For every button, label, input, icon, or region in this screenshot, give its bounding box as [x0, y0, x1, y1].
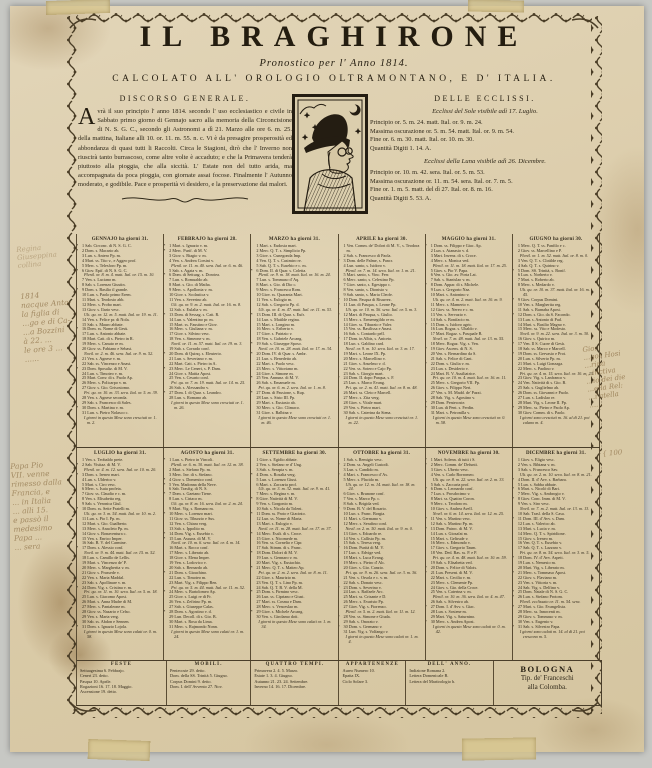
month-header: GIUGNO ha giorni 30. — [516, 237, 596, 242]
drop-cap: A — [78, 107, 97, 127]
imprint-line: Tip. de' Franceschi — [497, 674, 598, 683]
month-column: MAGGIO ha giorni 31.1 Dom. ss. Filippo e… — [426, 234, 513, 447]
imprint: BOLOGNATip. de' Franceschialla Colomba. — [494, 661, 601, 705]
eclipse-line: Principio or. 5. m. 24. matt. Ital. or. … — [370, 119, 600, 128]
footer-section: DELL' ANNO.Indizione Romana 2.Lettera Do… — [406, 661, 493, 705]
calendar-line: I giorni in questo Mese sono cresciuti o… — [80, 416, 160, 426]
footer-section-title: APPARTENENZE — [342, 662, 402, 667]
month-column: SETTEMBRE ha giorni 30.1 Giov. s. Egidio… — [251, 448, 338, 661]
eclipse-line: Principio or. 10. m. 42. sera. Ital. or.… — [370, 169, 600, 178]
footer-section: APPARTENENZEAureo Numero 10.Epatta IX.Ci… — [339, 661, 406, 705]
calendar-line: I giorni in questo Mese sono calati or. … — [80, 630, 160, 640]
tape-patch — [468, 0, 524, 12]
month-header: FEBBRAJO ha giorni 28. — [167, 237, 247, 242]
imprint-line: alla Colomba. — [497, 683, 598, 692]
delle-ecclissi-column: DELLE ECCLISSI. Ecclissi del Sole visibi… — [370, 94, 600, 203]
footer-line: Lettera del Martirologio b. — [409, 679, 489, 684]
month-column: GENNAJO ha giorni 31.1 Sab. Circonc. di … — [76, 234, 164, 447]
calendar-line: I giorni sono cresciuti m. 16. al dì 21.… — [516, 416, 596, 426]
calendar-line: I giorni in questo Mese sono calati or. … — [342, 635, 422, 645]
calendar-line: I giorni in questo Mese sono calati or. … — [429, 625, 509, 635]
lunar-eclipse-title: Ecclissi della Luna visibile adì 26. Dic… — [370, 158, 600, 165]
calendar-line: I giorni in questo Mese sono cresciuti o… — [342, 416, 422, 426]
handwriting-note: Papa PioVII. vennerimesso dallaFrancia, … — [10, 459, 65, 552]
month-column: APRILE ha giorni 30.1 Ven. Comm. de' Dol… — [339, 234, 426, 447]
masthead-motto: CALCOLATO ALL' OROLOGIO OLTRAMONTANO, E … — [66, 74, 602, 84]
calendar-line: I giorni sono calati m. 14. al dì 21. po… — [516, 630, 596, 640]
footer-line: Inverno 14. 16. 17. Dicembre. — [254, 684, 335, 689]
footer-line: Ciclo Solare 3. — [342, 679, 402, 684]
month-row: LUGLIO ha giorni 31.1 Ven. s. Teobaldo p… — [76, 447, 600, 661]
month-header: MARZO ha giorni 31. — [254, 237, 334, 242]
month-row: GENNAJO ha giorni 31.1 Sab. Circonc. di … — [76, 234, 600, 447]
footer-section-title: MOBILI. — [170, 662, 247, 667]
tape-patch — [46, 0, 110, 15]
month-column: DICEMBRE ha giorni 31.1 Giov. s. Eligio … — [513, 448, 600, 661]
footer-section: MOBILI.Pentecoste 29. detto.Dom. della S… — [167, 661, 251, 705]
discorso-heading: DISCORSO GENERALE. — [78, 94, 292, 103]
month-header: GENNAJO ha giorni 31. — [80, 237, 160, 242]
bust — [304, 170, 356, 212]
footer-section: QUATTRO TEMPI.Primavera 2. 4. 5. Marzo.E… — [251, 661, 339, 705]
month-header: APRILE ha giorni 30. — [342, 237, 422, 242]
imprint-city: BOLOGNA — [497, 664, 598, 674]
month-header: MAGGIO ha giorni 31. — [429, 237, 509, 242]
solar-eclipse-title: Ecclissi del Sole visibile adì 17. Lugli… — [370, 108, 600, 115]
tape-patch — [88, 739, 151, 761]
masthead-subtitle: Pronostico per l' Anno 1814. — [66, 58, 602, 69]
footer-line: Ascensione 19. detto. — [80, 689, 163, 694]
ecclissi-heading: DELLE ECCLISSI. — [370, 94, 600, 103]
eclipse-line: Fine or. 6. m. 30. matt. Ital. or. 10. m… — [370, 136, 600, 145]
flourish-divider — [120, 194, 250, 204]
month-column: MARZO ha giorni 31.1 Mart. s. Eudosia ma… — [251, 234, 338, 447]
month-column: LUGLIO ha giorni 31.1 Ven. s. Teobaldo p… — [76, 448, 164, 661]
month-header: SETTEMBRE ha giorni 30. — [254, 451, 334, 456]
eclipse-line: Massima oscurazione or. 11. m. 54. sera.… — [370, 178, 600, 187]
month-column: OTTOBRE ha giorni 31.1 Sab. s. Remigio v… — [339, 448, 426, 661]
footer-strip: FESTESettuagesima 6. Febbrajo.Ceneri 23.… — [76, 660, 602, 706]
eclipse-line: Fine or. 1. m. 5. matt. del dì 27. Ital.… — [370, 186, 600, 195]
lunar-eclipse-details: Principio or. 10. m. 42. sera. Ital. or.… — [370, 169, 600, 203]
footer-section-title: QUATTRO TEMPI. — [254, 662, 335, 667]
almanac-sheet: IL BRAGHIRONE Pronostico per l' Anno 181… — [10, 6, 644, 752]
calendar-line: I giorni in questo Mese sono calati or. … — [167, 630, 247, 640]
eclipse-line: Quantità Digiti 1. 14. A. — [370, 145, 600, 154]
page-title: IL BRAGHIRONE — [66, 20, 602, 54]
handwriting-note: ReginaGiuseppinacollina — [16, 243, 58, 270]
calendar-line: I giorni in questo Mese sono cresciuti o… — [429, 416, 509, 426]
calendar-line: I giorni in questo Mese sono cresciuti o… — [167, 401, 247, 411]
astrologer-woodcut — [292, 94, 368, 214]
footer-line: Dom. I. dell' Avvento 27. Nov. — [170, 684, 247, 689]
month-header: LUGLIO ha giorni 31. — [80, 451, 160, 456]
month-column: FEBBRAJO ha giorni 28.1 Mart. s. Ignazio… — [164, 234, 251, 447]
tape-patch — [462, 737, 536, 760]
month-header: NOVEMBRE ha giorni 30. — [429, 451, 509, 456]
footer-section-title: FESTE — [80, 662, 163, 667]
photo-background: IL BRAGHIRONE Pronostico per l' Anno 181… — [0, 0, 652, 768]
discorso-generale-column: DISCORSO GENERALE. Avrà il suo principio… — [78, 94, 292, 204]
handwriting-note: 1814nacque Anto-la figlia di...go e di C… — [20, 288, 75, 363]
month-header: DICEMBRE ha giorni 31. — [516, 451, 596, 456]
footer-section: FESTESettuagesima 6. Febbrajo.Ceneri 23.… — [77, 661, 167, 705]
calendar-line: I giorni in questo Mese sono calati or. … — [254, 620, 334, 630]
month-column: GIUGNO ha giorni 30.1 Merc. Q. T. ss. Pa… — [513, 234, 600, 447]
month-column: AGOSTO ha giorni 31.1 Lun. s. Pietro in … — [164, 448, 251, 661]
month-header: AGOSTO ha giorni 31. — [167, 451, 247, 456]
month-header: OTTOBRE ha giorni 31. — [342, 451, 422, 456]
month-column: NOVEMBRE ha giorni 30.1 Mart. Solenn. di… — [426, 448, 513, 661]
handwriting-note: Gio:...gos Hosi...rina...inctiva...io de… — [582, 341, 629, 409]
solar-eclipse-details: Principio or. 5. m. 24. matt. Ital. or. … — [370, 119, 600, 153]
footer-section-title: DELL' ANNO. — [409, 662, 489, 667]
calendar-line: I giorni in questo Mese sono cresciuti o… — [254, 416, 334, 426]
eclipse-line: Massima oscurazione or. 5. m. 54. matt. … — [370, 128, 600, 137]
discorso-body: Avrà il suo principio l' anno 1814. seco… — [78, 107, 292, 189]
eclipse-line: Quantità Digiti 5. 53. A. — [370, 195, 600, 204]
calendar-grid: GENNAJO ha giorni 31.1 Sab. Circonc. di … — [76, 234, 600, 661]
